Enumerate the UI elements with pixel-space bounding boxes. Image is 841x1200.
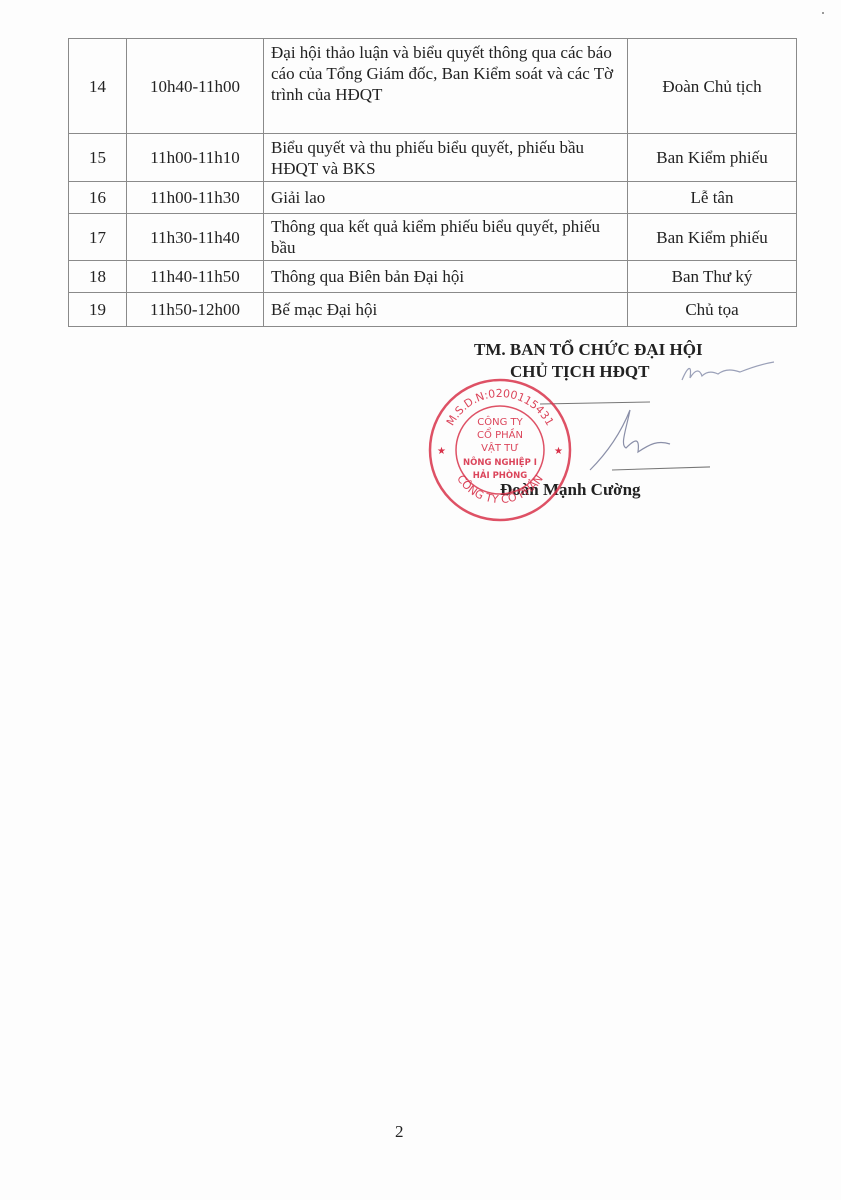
item-number: 16 xyxy=(69,182,127,214)
item-number: 17 xyxy=(69,214,127,261)
agenda-table: 14 10h40-11h00 Đại hội thảo luận và biểu… xyxy=(68,38,797,327)
svg-text:CÔNG TY: CÔNG TY xyxy=(477,415,523,428)
item-time: 11h30-11h40 xyxy=(127,214,264,261)
item-number: 15 xyxy=(69,134,127,182)
scan-speck xyxy=(822,12,824,14)
initials-scribble-icon xyxy=(678,358,778,388)
item-content: Biểu quyết và thu phiếu biểu quyết, phiế… xyxy=(264,134,628,182)
table-row: 15 11h00-11h10 Biểu quyết và thu phiếu b… xyxy=(69,134,797,182)
table-row: 14 10h40-11h00 Đại hội thảo luận và biểu… xyxy=(69,39,797,134)
item-content: Thông qua kết quả kiểm phiếu biểu quyết,… xyxy=(264,214,628,261)
svg-text:NÔNG NGHIỆP I: NÔNG NGHIỆP I xyxy=(463,456,537,468)
table-row: 18 11h40-11h50 Thông qua Biên bản Đại hộ… xyxy=(69,261,797,293)
item-owner: Ban Kiểm phiếu xyxy=(628,134,797,182)
item-owner: Đoàn Chủ tịch xyxy=(628,39,797,134)
table-row: 19 11h50-12h00 Bế mạc Đại hội Chủ tọa xyxy=(69,293,797,327)
item-content: Đại hội thảo luận và biểu quyết thông qu… xyxy=(264,39,628,134)
item-owner: Ban Thư ký xyxy=(628,261,797,293)
item-content: Bế mạc Đại hội xyxy=(264,293,628,327)
item-time: 11h50-12h00 xyxy=(127,293,264,327)
item-number: 19 xyxy=(69,293,127,327)
signature-title: TM. BAN TỔ CHỨC ĐẠI HỘI xyxy=(474,340,703,360)
item-number: 14 xyxy=(69,39,127,134)
item-owner: Chủ tọa xyxy=(628,293,797,327)
company-seal-icon: M.S.D.N:0200115431 CÔNG TY CỔ PHẦN ★ ★ C… xyxy=(425,375,575,525)
item-time: 11h40-11h50 xyxy=(127,261,264,293)
svg-text:VẬT TƯ: VẬT TƯ xyxy=(481,441,519,454)
item-owner: Ban Kiểm phiếu xyxy=(628,214,797,261)
page-number: 2 xyxy=(395,1122,404,1142)
item-time: 10h40-11h00 xyxy=(127,39,264,134)
item-time: 11h00-11h10 xyxy=(127,134,264,182)
item-number: 18 xyxy=(69,261,127,293)
table-row: 16 11h00-11h30 Giải lao Lễ tân xyxy=(69,182,797,214)
svg-text:★: ★ xyxy=(437,446,446,457)
item-time: 11h00-11h30 xyxy=(127,182,264,214)
table-row: 17 11h30-11h40 Thông qua kết quả kiểm ph… xyxy=(69,214,797,261)
svg-text:★: ★ xyxy=(554,446,563,457)
item-content: Thông qua Biên bản Đại hội xyxy=(264,261,628,293)
item-content: Giải lao xyxy=(264,182,628,214)
item-owner: Lễ tân xyxy=(628,182,797,214)
svg-text:HẢI PHÒNG: HẢI PHÒNG xyxy=(473,469,527,481)
svg-text:CỔ PHẦN: CỔ PHẦN xyxy=(477,426,523,441)
